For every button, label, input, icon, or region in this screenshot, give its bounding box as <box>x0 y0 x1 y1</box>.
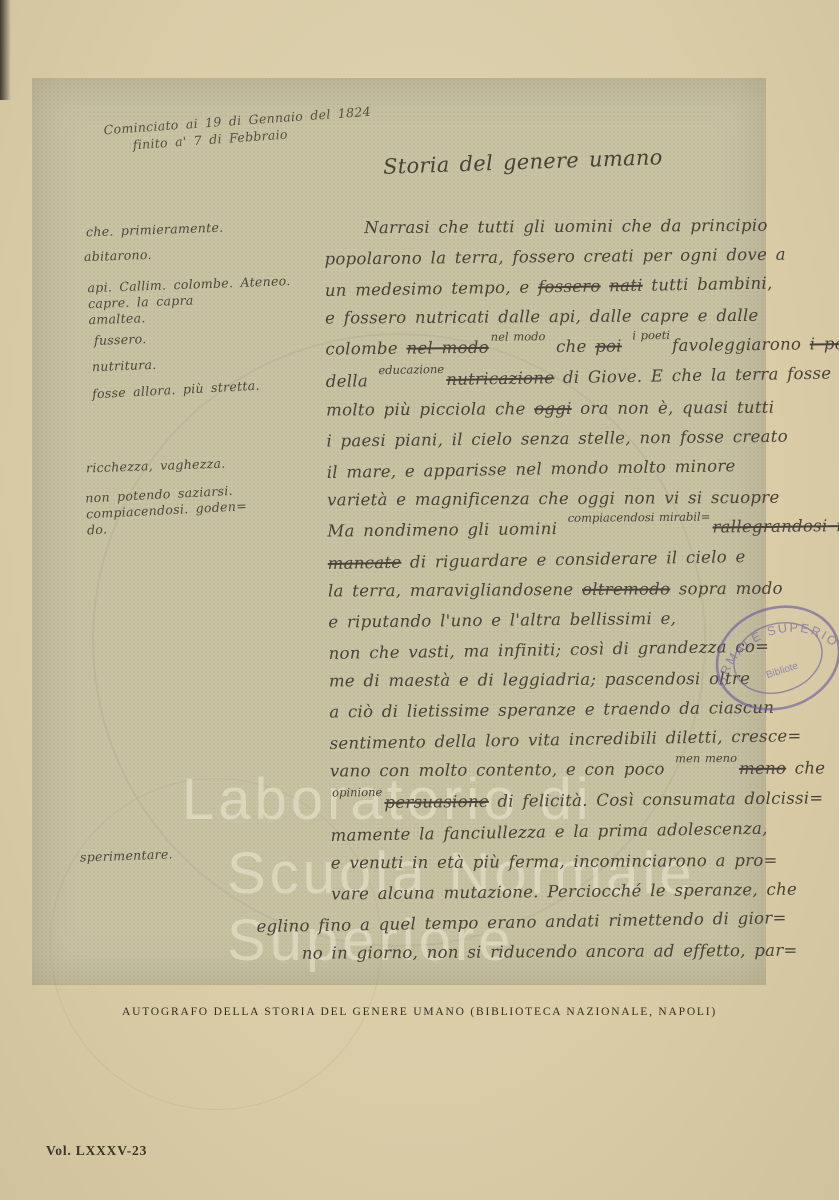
body-text: favoleggiarono <box>672 334 810 354</box>
struck-text: nutricazione <box>446 368 554 389</box>
volume-label: Vol. LXXXV-23 <box>46 1143 147 1159</box>
body-text: popolarono la terra, fossero creati per … <box>324 245 786 269</box>
struck-text: oggi <box>534 399 572 418</box>
struck-text: mancate <box>328 553 402 573</box>
body-text: i paesi piani, il cielo senza stelle, no… <box>326 427 788 451</box>
struck-text: nati <box>609 276 643 296</box>
body-text: la terra, maravigliandosene <box>328 580 582 601</box>
interlinear-insert: i poeti <box>632 320 670 350</box>
manuscript-line: molto più picciola che oggi ora non è, q… <box>326 393 806 426</box>
body-text: il mare, e apparisse nel mondo molto min… <box>327 456 736 482</box>
interlinear-insert: educazione <box>378 354 444 385</box>
interlinear-insert: men meno <box>675 743 737 773</box>
body-text: che <box>786 758 825 777</box>
body-text <box>622 336 631 355</box>
body-text: un medesimo tempo, e <box>325 277 538 300</box>
body-text: Narrasi che tutti gli uomini che da prin… <box>364 216 768 237</box>
struck-text: poi <box>595 336 622 355</box>
stamp-inner-text: Bibliote <box>765 660 800 681</box>
library-stamp: ORMALE SUPERIO Bibliote <box>702 582 839 734</box>
struck-text: rallegrandosi non <box>712 516 839 537</box>
margin-note: abitarono. <box>84 247 152 265</box>
body-text: di felicità. Così consumata dolcissi= <box>489 788 824 811</box>
body-text: molto più picciola che <box>326 399 534 419</box>
struck-text: persuasione <box>384 792 489 812</box>
manuscript-line: e venuti in età più ferma, incominciaron… <box>331 846 811 879</box>
struck-text: fossero <box>538 276 601 296</box>
manuscript-line: e fossero nutricati dalle api, dalle cap… <box>325 301 805 334</box>
body-text: tutti bambini, <box>643 274 773 295</box>
interlinear-insert: opinione <box>332 777 382 808</box>
struck-text: meno <box>739 759 786 778</box>
manuscript-line: no in giorno, non si riducendo ancora ad… <box>302 936 812 969</box>
interlinear-insert: compiacendosi mirabil= <box>568 502 711 533</box>
body-text: di Giove. E che la terra fosse <box>554 364 831 388</box>
margin-note: sperimentare. <box>80 846 173 865</box>
body-text: che <box>547 337 595 356</box>
manuscript-line: vano con molto contento, e con poco men … <box>330 754 810 788</box>
interlinear-insert: nel modo <box>491 321 546 352</box>
body-text: di riguardare e considerare il cielo e <box>401 547 745 572</box>
plate-caption: AUTOGRAFO DELLA STORIA DEL GENERE UMANO … <box>0 1006 839 1018</box>
scan-edge-shadow <box>0 0 11 100</box>
body-text: no in giorno, non si riducendo ancora ad… <box>302 941 798 963</box>
body-text: mamente la fanciullezza e la prima adole… <box>330 819 767 845</box>
margin-note: fussero. <box>94 331 147 349</box>
body-text: eglino fino a quel tempo erano andati ri… <box>256 908 786 936</box>
body-text: della <box>326 371 377 391</box>
struck-text: oltremodo <box>582 579 670 599</box>
struck-text: i poeti <box>810 334 839 354</box>
body-text: ora non è, quasi tutti <box>572 398 775 418</box>
manuscript-line: Narrasi che tutti gli uomini che da prin… <box>364 210 804 243</box>
body-text: varietà e magnificenza che oggi non vi s… <box>327 488 780 510</box>
body-text: Ma nondimeno gli uomini <box>327 519 566 540</box>
body-text: vare alcuna mutazione. Perciocché le spe… <box>331 880 797 904</box>
margin-note: api. Callim. colombe. Ateneo. capre. la … <box>87 272 329 328</box>
margin-note: nutritura. <box>92 357 157 375</box>
body-text: me di maestà e di leggiadria; pascendosi… <box>329 669 750 691</box>
body-text: e riputando l'uno e l'altra bellissimi e… <box>328 609 676 632</box>
body-text: e venuti in età più ferma, incominciaron… <box>331 851 778 873</box>
